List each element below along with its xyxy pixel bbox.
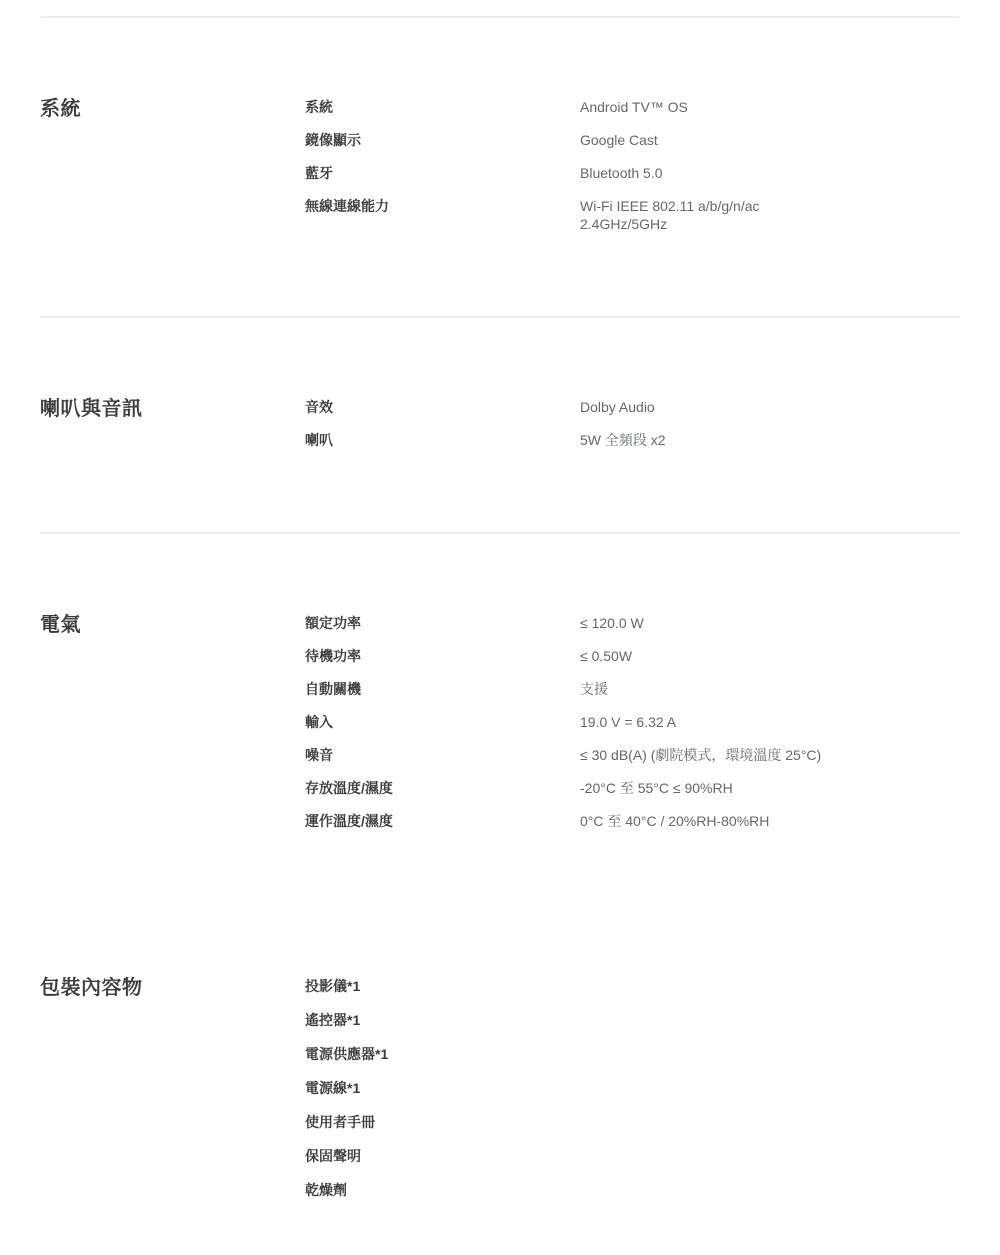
spec-row: 待機功率 ≤ 0.50W <box>305 647 960 665</box>
spec-label: 無線連線能力 <box>305 197 580 215</box>
package-item-row: 電源供應器*1 <box>305 1045 960 1063</box>
package-item-row: 乾燥劑 <box>305 1181 960 1199</box>
section-rows: 投影儀*1 遙控器*1 電源供應器*1 電源線*1 使用者手冊 保固聲明 乾燥劑 <box>305 977 960 1215</box>
package-item: 使用者手冊 <box>305 1113 580 1131</box>
spec-value: ≤ 30 dB(A) (劇院模式，環境溫度 25°C) <box>580 746 960 764</box>
section-package-contents: 包裝內容物 投影儀*1 遙控器*1 電源供應器*1 電源線*1 使用者手冊 保固… <box>0 913 1000 1255</box>
spec-value: ≤ 0.50W <box>580 647 960 665</box>
package-item: 電源線*1 <box>305 1079 580 1097</box>
spec-row: 輸入 19.0 V = 6.32 A <box>305 713 960 731</box>
spec-row: 鏡像顯示 Google Cast <box>305 131 960 149</box>
spec-value: Google Cast <box>580 131 960 149</box>
spec-row: 喇叭 5W 全頻段 x2 <box>305 431 960 449</box>
spec-sheet: 系統 系統 Android TV™ OS 鏡像顯示 Google Cast 藍牙… <box>0 16 1000 1255</box>
spec-value: Android TV™ OS <box>580 98 960 116</box>
package-item-row: 使用者手冊 <box>305 1113 960 1131</box>
spec-row: 額定功率 ≤ 120.0 W <box>305 614 960 632</box>
section-title: 喇叭與音訊 <box>40 398 305 420</box>
package-item: 保固聲明 <box>305 1147 580 1165</box>
section-system: 系統 系統 Android TV™ OS 鏡像顯示 Google Cast 藍牙… <box>0 18 1000 316</box>
package-item-row: 遙控器*1 <box>305 1011 960 1029</box>
spec-row: 系統 Android TV™ OS <box>305 98 960 116</box>
spec-value: 0°C 至 40°C / 20%RH-80%RH <box>580 812 960 830</box>
spec-label: 系統 <box>305 98 580 116</box>
spec-row: 存放溫度/濕度 -20°C 至 55°C ≤ 90%RH <box>305 779 960 797</box>
spec-label: 存放溫度/濕度 <box>305 779 580 797</box>
spec-row: 運作溫度/濕度 0°C 至 40°C / 20%RH-80%RH <box>305 812 960 830</box>
spec-value: Dolby Audio <box>580 398 960 416</box>
spec-label: 待機功率 <box>305 647 580 665</box>
spec-label: 鏡像顯示 <box>305 131 580 149</box>
section-title: 系統 <box>40 98 305 120</box>
spec-row: 自動關機 支援 <box>305 680 960 698</box>
spec-value: 19.0 V = 6.32 A <box>580 713 960 731</box>
spec-label: 音效 <box>305 398 580 416</box>
package-item: 電源供應器*1 <box>305 1045 580 1063</box>
section-title: 包裝內容物 <box>40 977 305 999</box>
spec-row: 藍牙 Bluetooth 5.0 <box>305 164 960 182</box>
package-item: 乾燥劑 <box>305 1181 580 1199</box>
section-rows: 音效 Dolby Audio 喇叭 5W 全頻段 x2 <box>305 398 960 464</box>
package-item-row: 保固聲明 <box>305 1147 960 1165</box>
spec-value: 5W 全頻段 x2 <box>580 431 960 449</box>
spec-value: Bluetooth 5.0 <box>580 164 960 182</box>
section-rows: 系統 Android TV™ OS 鏡像顯示 Google Cast 藍牙 Bl… <box>305 98 960 248</box>
spec-value: -20°C 至 55°C ≤ 90%RH <box>580 779 960 797</box>
spec-label: 自動關機 <box>305 680 580 698</box>
package-item-row: 電源線*1 <box>305 1079 960 1097</box>
spec-row: 音效 Dolby Audio <box>305 398 960 416</box>
spec-label: 噪音 <box>305 746 580 764</box>
section-rows: 額定功率 ≤ 120.0 W 待機功率 ≤ 0.50W 自動關機 支援 輸入 1… <box>305 614 960 845</box>
section-electrical: 電氣 額定功率 ≤ 120.0 W 待機功率 ≤ 0.50W 自動關機 支援 輸… <box>0 534 1000 913</box>
spec-label: 輸入 <box>305 713 580 731</box>
spec-label: 藍牙 <box>305 164 580 182</box>
section-title: 電氣 <box>40 614 305 636</box>
spec-label: 額定功率 <box>305 614 580 632</box>
spec-value: 支援 <box>580 680 960 698</box>
spec-value: ≤ 120.0 W <box>580 614 960 632</box>
spec-label: 運作溫度/濕度 <box>305 812 580 830</box>
package-item: 遙控器*1 <box>305 1011 580 1029</box>
section-audio: 喇叭與音訊 音效 Dolby Audio 喇叭 5W 全頻段 x2 <box>0 318 1000 532</box>
spec-row: 無線連線能力 Wi-Fi IEEE 802.11 a/b/g/n/ac 2.4G… <box>305 197 960 233</box>
package-item: 投影儀*1 <box>305 977 580 995</box>
package-item-row: 投影儀*1 <box>305 977 960 995</box>
spec-row: 噪音 ≤ 30 dB(A) (劇院模式，環境溫度 25°C) <box>305 746 960 764</box>
spec-label: 喇叭 <box>305 431 580 449</box>
spec-value: Wi-Fi IEEE 802.11 a/b/g/n/ac 2.4GHz/5GHz <box>580 197 960 233</box>
